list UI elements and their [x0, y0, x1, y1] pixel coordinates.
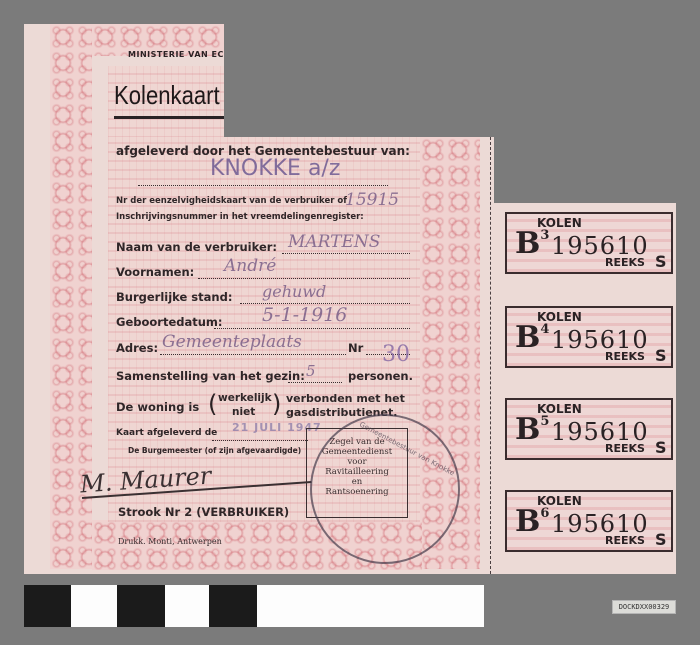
birth-date-label: Geboortedatum:: [116, 315, 223, 329]
coupon-letter: B5: [515, 412, 549, 447]
household-line: [288, 382, 342, 383]
dwelling-suffix-1: verbonden met het: [286, 392, 405, 405]
scale-block-black-3: [209, 585, 257, 627]
coupon-letter: B6: [515, 504, 549, 539]
household-suffix: personen.: [348, 369, 413, 383]
number-label: Nr: [348, 341, 363, 355]
card-title: Kolenkaart: [114, 80, 220, 111]
printer-credit: Drukk. Monti, Antwerpen: [118, 537, 222, 546]
civil-status-value: gehuwd: [262, 282, 326, 301]
delivered-line: [212, 440, 308, 441]
scale-block-white-3: [257, 585, 484, 627]
coupon-reeks-label: REEKS: [605, 256, 645, 269]
civil-status-label: Burgerlijke stand:: [116, 290, 232, 304]
id-card-label-1: Nr der eenzelvigheidskaart van de verbru…: [116, 196, 347, 206]
archive-id-label: DOCKDXX00329: [612, 600, 676, 614]
scale-block-black-1: [24, 585, 71, 627]
address-line: [160, 354, 346, 355]
coupon-series: S: [655, 252, 667, 271]
title-underline: [114, 116, 224, 119]
delivered-label: Kaart afgeleverd de: [116, 428, 217, 438]
first-names-line: [198, 278, 410, 279]
municipality-stamp: KNOKKE a/z: [210, 156, 340, 181]
coupon-b5: KOLEN B5 195610 REEKS S: [505, 398, 673, 460]
scale-block-white-1: [71, 585, 117, 627]
household-value: 5: [306, 362, 316, 380]
coupon-series: S: [655, 438, 667, 457]
name-line: [282, 253, 410, 254]
dwelling-option-1: werkelijk: [218, 392, 272, 404]
name-value: MARTENS: [288, 232, 380, 252]
municipality-line: [138, 185, 388, 186]
first-names-label: Voornamen:: [116, 265, 194, 279]
dwelling-option-2: niet: [232, 406, 255, 418]
dwelling-prefix: De woning is: [116, 400, 199, 414]
ministry-heading: MINISTERIE VAN EC: [128, 50, 224, 59]
id-card-number: 15915: [345, 190, 399, 210]
coupon-series: S: [655, 346, 667, 365]
name-label: Naam van de verbruiker:: [116, 240, 277, 254]
scale-block-white-2: [165, 585, 209, 627]
address-label: Adres:: [116, 341, 158, 355]
coupon-b6: KOLEN B6 195610 REEKS S: [505, 490, 673, 552]
coupon-letter: B4: [515, 320, 549, 355]
strip-label: Strook Nr 2 (VERBRUIKER): [118, 505, 289, 519]
address-value: Gemeenteplaats: [162, 332, 302, 352]
coupon-letter: B3: [515, 226, 549, 261]
dwelling-paren-close: ): [272, 390, 281, 418]
coupon-b4: KOLEN B4 195610 REEKS S: [505, 306, 673, 368]
coupon-reeks-label: REEKS: [605, 350, 645, 363]
birth-date-value: 5-1-1916: [262, 304, 347, 326]
dwelling-paren-open: (: [208, 390, 217, 418]
coupon-reeks-label: REEKS: [605, 442, 645, 455]
number-value: 30: [382, 342, 410, 367]
coupon-b3: KOLEN B3 195610 REEKS S: [505, 212, 673, 274]
scale-block-black-2: [117, 585, 165, 627]
household-label: Samenstelling van het gezin:: [116, 369, 305, 383]
id-card-label-2: Inschrijvingsnummer in het vreemdelingen…: [116, 212, 364, 222]
coupon-reeks-label: REEKS: [605, 534, 645, 547]
perforation-line: [490, 137, 491, 574]
birth-date-line: [214, 328, 410, 329]
coupon-series: S: [655, 530, 667, 549]
first-names-value: André: [224, 256, 276, 276]
mayor-label: De Burgemeester (of zijn afgevaardigde): [128, 446, 301, 455]
